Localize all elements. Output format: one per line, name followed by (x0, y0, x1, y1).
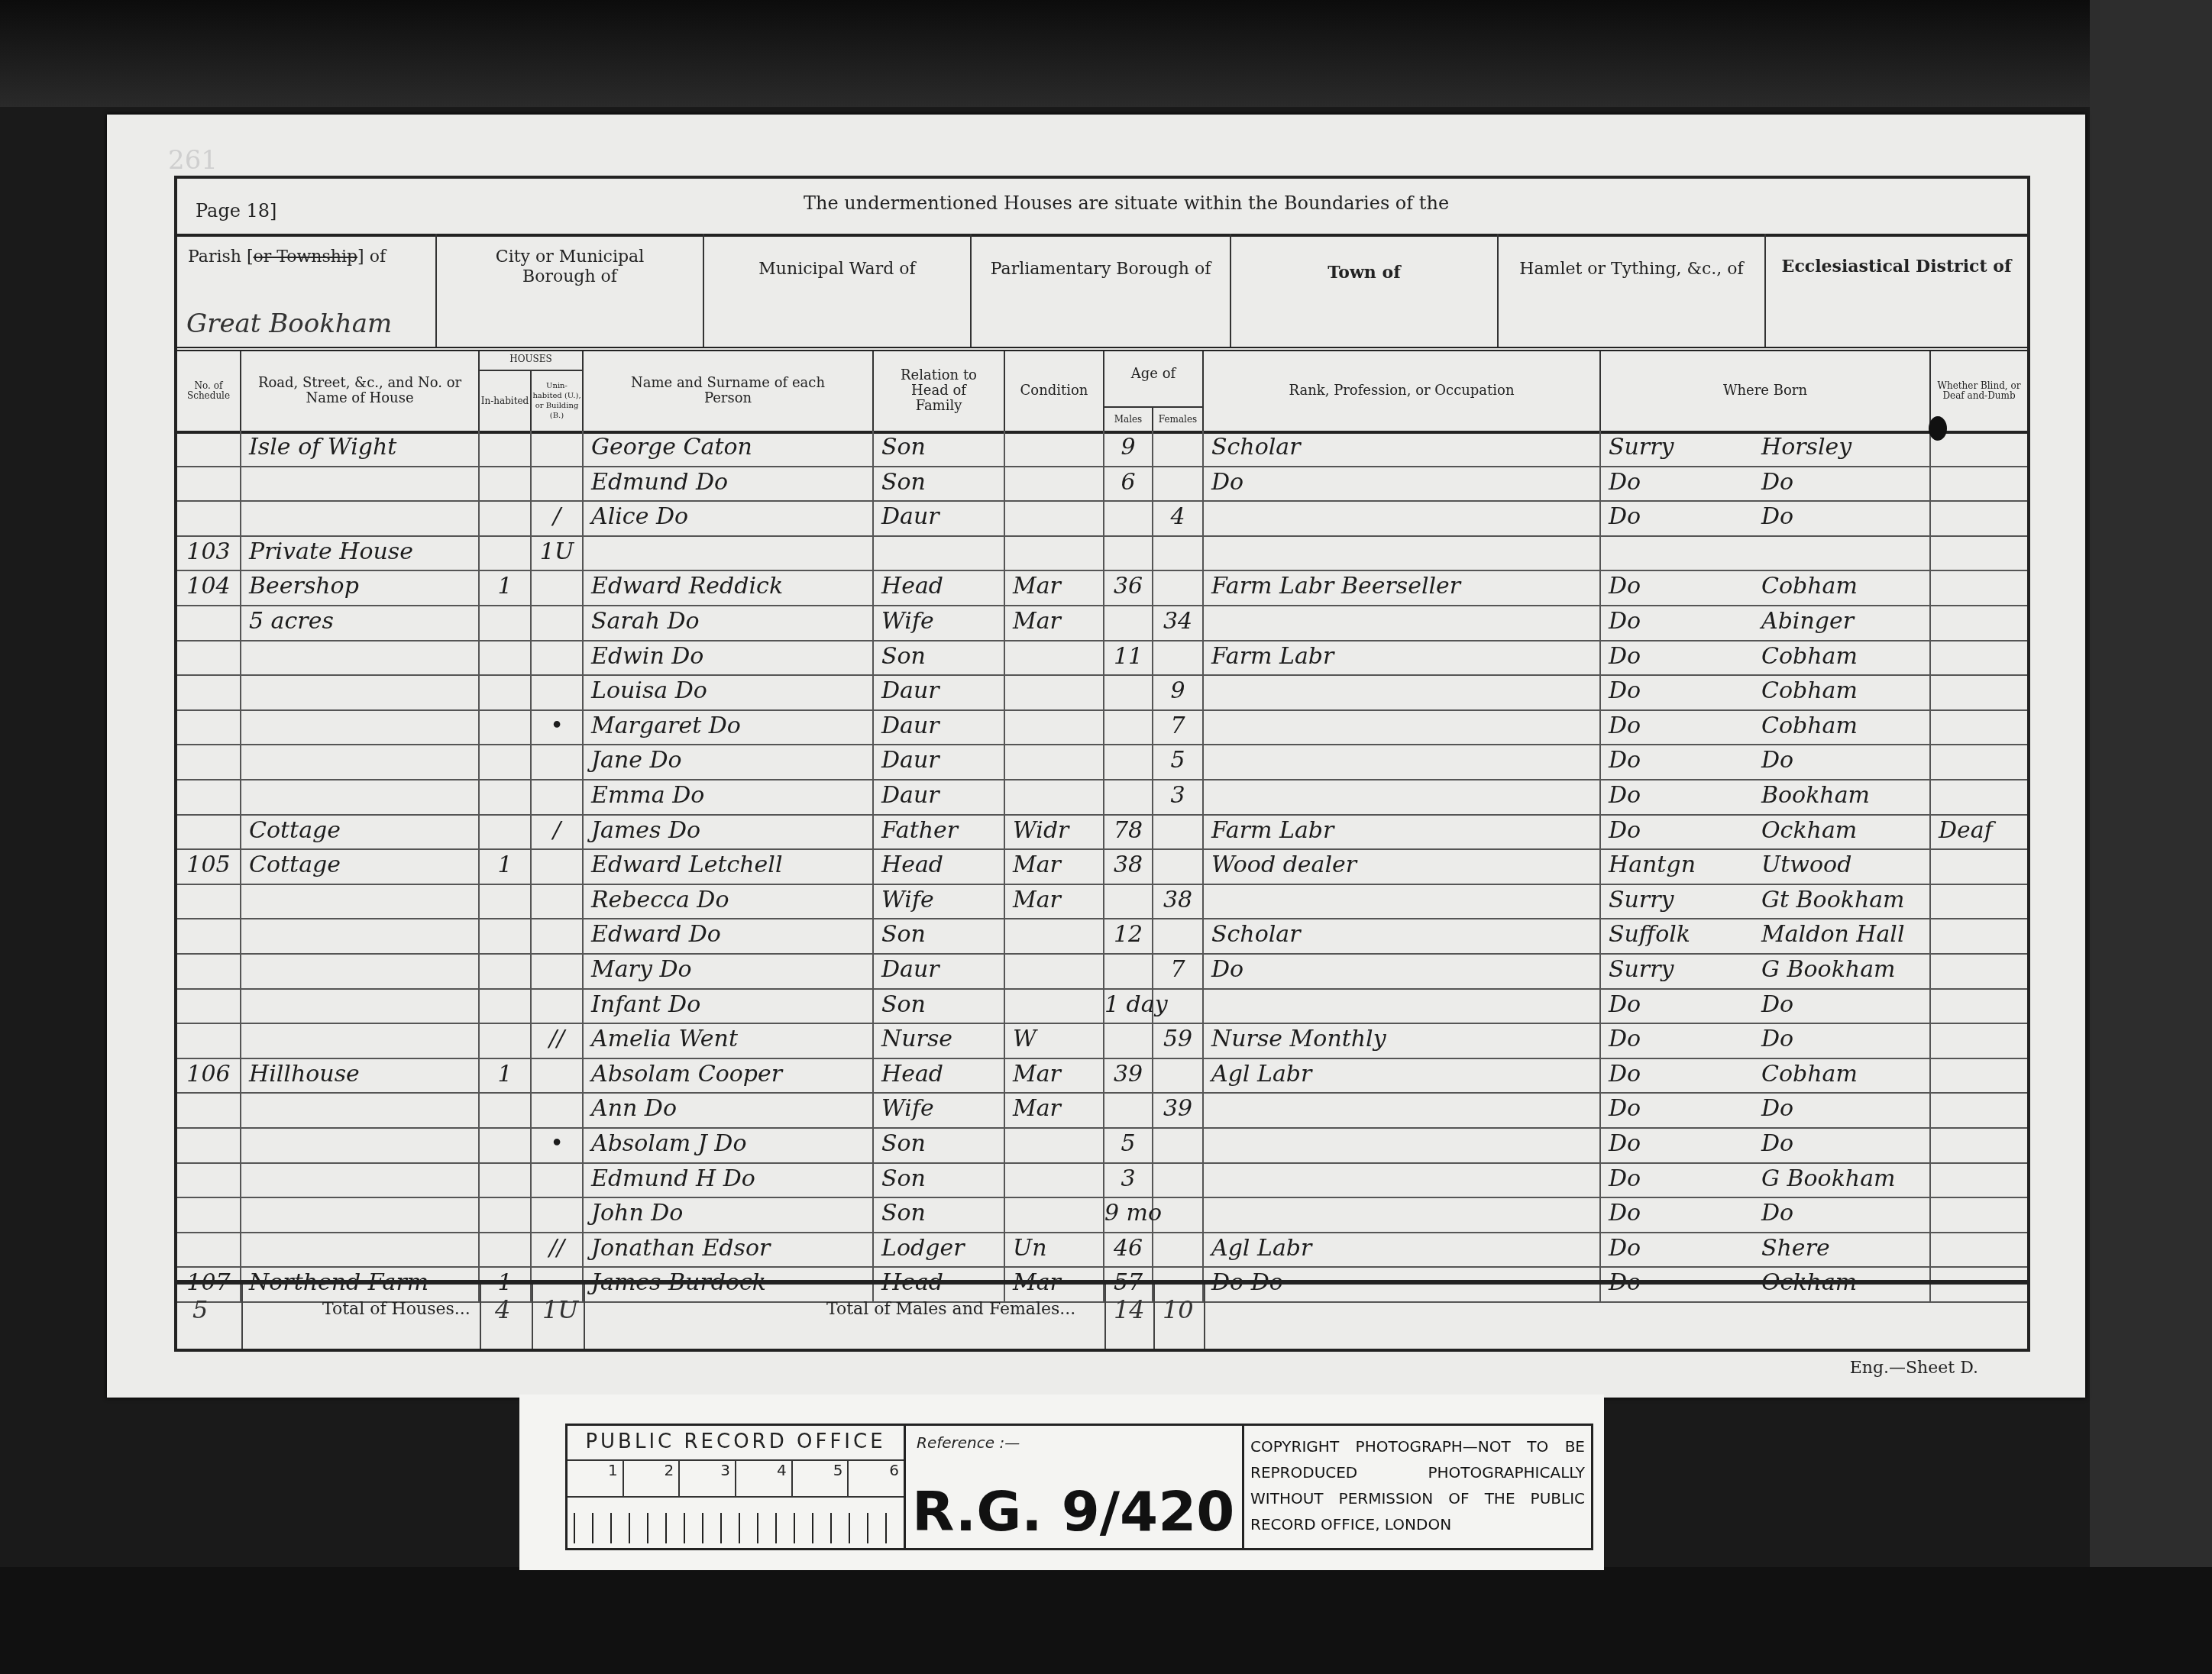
cell-inhabited (480, 918, 532, 953)
cell-road (241, 500, 480, 535)
cell-born-place: Bookham (1754, 779, 1931, 814)
table-row: Ann DoWifeMar39DoDo (177, 1092, 2027, 1129)
cell-condition (1005, 674, 1104, 709)
cell-uninhabited (532, 1092, 584, 1127)
cell-uninhabited (532, 953, 584, 988)
cell-inhabited: 1 (480, 848, 532, 884)
film-border-bottom (0, 1567, 2212, 1674)
cell-condition (1005, 535, 1104, 570)
area-municipal-ward: Municipal Ward of (704, 234, 972, 347)
cell-schedule (177, 1197, 241, 1232)
cell-uninhabited (532, 570, 584, 605)
cell-name: Jonathan Edsor (584, 1232, 874, 1267)
col-inhabited: In-habited (480, 370, 532, 431)
cell-male-age (1104, 1092, 1153, 1127)
table-row: Louisa DoDaur9DoCobham (177, 674, 2027, 711)
cell-born-county: Do (1601, 500, 1754, 535)
cell-male-age (1104, 1023, 1153, 1058)
area-parliamentary-borough: Parliamentary Borough of (972, 234, 1231, 347)
cell-male-age (1104, 605, 1153, 640)
cell-occupation: Nurse Monthly (1204, 1023, 1601, 1058)
schedules-tally: 5 (192, 1295, 208, 1324)
area-city: City or Municipal Borough of (437, 234, 704, 347)
cell-road (241, 884, 480, 919)
ruler-number: 6 (849, 1461, 904, 1496)
houses-total-label: Total of Houses... (322, 1300, 471, 1319)
cell-name (584, 535, 874, 570)
ruler-number: 1 (568, 1461, 624, 1496)
cell-occupation (1204, 1127, 1601, 1162)
cell-schedule (177, 1023, 241, 1058)
cell-road (241, 1092, 480, 1127)
ruler-number: 5 (793, 1461, 849, 1496)
table-row: 106Hillhouse1Absolam CooperHeadMar39Agl … (177, 1058, 2027, 1094)
cell-born-place: Maldon Hall (1754, 918, 1931, 953)
cell-relation: Son (874, 1197, 1005, 1232)
cell-road (241, 1197, 480, 1232)
table-row: Edmund H DoSon3DoG Bookham (177, 1162, 2027, 1199)
cell-schedule (177, 1092, 241, 1127)
cell-relation: Son (874, 918, 1005, 953)
cell-born-county: Surry (1601, 953, 1754, 988)
cell-road (241, 779, 480, 814)
cell-infirmity (1931, 779, 2027, 814)
cell-schedule (177, 1232, 241, 1267)
cell-male-age (1104, 500, 1153, 535)
cell-born-place: Utwood (1754, 848, 1931, 884)
table-row: 104Beershop1Edward ReddickHeadMar36Farm … (177, 570, 2027, 606)
cell-male-age (1104, 535, 1153, 570)
col-road: Road, Street, &c., and No. or Name of Ho… (241, 351, 480, 431)
cell-infirmity (1931, 918, 2027, 953)
cell-uninhabited (532, 1058, 584, 1093)
col-where-born: Where Born (1601, 351, 1931, 431)
houses-inhabited-total: 4 (495, 1295, 510, 1324)
cell-female-age: 7 (1153, 953, 1204, 988)
cell-condition (1005, 431, 1104, 466)
cell-infirmity (1931, 466, 2027, 501)
col-males: Males (1104, 406, 1153, 431)
cell-born-county: Hantgn (1601, 848, 1754, 884)
cell-born-place: Gt Bookham (1754, 884, 1931, 919)
cell-male-age (1104, 744, 1153, 779)
cell-occupation (1204, 1162, 1601, 1197)
copyright-notice: COPYRIGHT PHOTOGRAPH—NOT TO BE REPRODUCE… (1244, 1426, 1591, 1548)
cell-inhabited (480, 1092, 532, 1127)
cell-condition: W (1005, 1023, 1104, 1058)
cell-female-age (1153, 1127, 1204, 1162)
cell-condition (1005, 988, 1104, 1023)
females-total: 10 (1163, 1295, 1194, 1324)
cell-relation: Wife (874, 605, 1005, 640)
col-females: Females (1153, 406, 1204, 431)
cell-inhabited (480, 744, 532, 779)
ink-blot (1929, 416, 1947, 441)
table-row: /Alice DoDaur4DoDo (177, 500, 2027, 537)
cell-uninhabited (532, 744, 584, 779)
cell-uninhabited: / (532, 814, 584, 849)
cell-inhabited (480, 535, 532, 570)
cell-born-county: Do (1601, 640, 1754, 675)
table-row: 105Cottage1Edward LetchellHeadMar38Wood … (177, 848, 2027, 885)
cell-relation: Daur (874, 744, 1005, 779)
cell-occupation: Do (1204, 466, 1601, 501)
cell-name: Sarah Do (584, 605, 874, 640)
table-row: 5 acresSarah DoWifeMar34DoAbinger (177, 605, 2027, 641)
cell-female-age: 59 (1153, 1023, 1204, 1058)
cell-inhabited (480, 1232, 532, 1267)
cell-uninhabited (532, 1197, 584, 1232)
cell-born-place: Do (1754, 1023, 1931, 1058)
cell-schedule (177, 640, 241, 675)
table-row: Edward DoSon12ScholarSuffolkMaldon Hall (177, 918, 2027, 955)
cell-born-place: Do (1754, 988, 1931, 1023)
cell-inhabited (480, 605, 532, 640)
cell-infirmity (1931, 848, 2027, 884)
cell-uninhabited: // (532, 1023, 584, 1058)
cell-schedule: 106 (177, 1058, 241, 1093)
cell-born-place: Do (1754, 1092, 1931, 1127)
cell-schedule (177, 1162, 241, 1197)
cell-road (241, 640, 480, 675)
cell-infirmity (1931, 1162, 2027, 1197)
cell-male-age: 11 (1104, 640, 1153, 675)
office-name: PUBLIC RECORD OFFICE (568, 1430, 904, 1453)
cell-infirmity (1931, 953, 2027, 988)
page-number: Page 18] (196, 200, 276, 221)
cell-occupation: Do (1204, 953, 1601, 988)
cell-female-age (1153, 535, 1204, 570)
table-row: Mary DoDaur7DoSurryG Bookham (177, 953, 2027, 990)
table-row: Rebecca DoWifeMar38SurryGt Bookham (177, 884, 2027, 920)
cell-female-age: 5 (1153, 744, 1204, 779)
cell-inhabited (480, 1162, 532, 1197)
cell-relation (874, 535, 1005, 570)
cell-road: Isle of Wight (241, 431, 480, 466)
area-ecclesiastical-district: Ecclesiastical District of (1766, 234, 2027, 347)
cell-uninhabited: • (532, 1127, 584, 1162)
cell-name: Jane Do (584, 744, 874, 779)
cell-inhabited (480, 1127, 532, 1162)
cell-schedule (177, 431, 241, 466)
cell-infirmity (1931, 988, 2027, 1023)
cell-schedule: 103 (177, 535, 241, 570)
ruler-number: 3 (680, 1461, 736, 1496)
cell-born-place: Ockham (1754, 814, 1931, 849)
totals-row: 5 Total of Houses... 4 1U Total of Males… (177, 1280, 2027, 1349)
cell-uninhabited: 1U (532, 535, 584, 570)
cell-occupation (1204, 674, 1601, 709)
cell-uninhabited: • (532, 709, 584, 745)
cell-female-age: 9 (1153, 674, 1204, 709)
film-border-right (2090, 0, 2212, 1674)
cell-born-place: Cobham (1754, 674, 1931, 709)
cell-uninhabited (532, 640, 584, 675)
col-relation: Relation to Head of Family (874, 351, 1005, 431)
cell-inhabited: 1 (480, 570, 532, 605)
cell-female-age (1153, 1197, 1204, 1232)
cell-road (241, 1023, 480, 1058)
cell-name: Ann Do (584, 1092, 874, 1127)
sheet-code: Eng.—Sheet D. (1850, 1359, 1978, 1378)
cell-road: Cottage (241, 814, 480, 849)
form-header: Page 18] The undermentioned Houses are s… (177, 179, 2027, 237)
ruler-number: 4 (736, 1461, 793, 1496)
cell-born-place: G Bookham (1754, 1162, 1931, 1197)
cell-name: Absolam J Do (584, 1127, 874, 1162)
cell-relation: Nurse (874, 1023, 1005, 1058)
cell-condition (1005, 1197, 1104, 1232)
table-row: Cottage/James DoFatherWidr78Farm LabrDoO… (177, 814, 2027, 851)
cell-occupation: Farm Labr Beerseller (1204, 570, 1601, 605)
cell-infirmity (1931, 1127, 2027, 1162)
cell-name: Alice Do (584, 500, 874, 535)
cell-relation: Son (874, 1162, 1005, 1197)
cell-born-place: Cobham (1754, 709, 1931, 745)
cell-name: Infant Do (584, 988, 874, 1023)
cell-male-age (1104, 953, 1153, 988)
cell-condition (1005, 640, 1104, 675)
cell-schedule (177, 884, 241, 919)
table-row: Isle of WightGeorge CatonSon9ScholarSurr… (177, 431, 2027, 467)
reference-card: PUBLIC RECORD OFFICE 1 2 3 4 5 6 Referen… (519, 1394, 1604, 1570)
cell-born-county: Do (1601, 779, 1754, 814)
cell-uninhabited (532, 779, 584, 814)
cell-occupation (1204, 744, 1601, 779)
cell-condition (1005, 779, 1104, 814)
cell-name: Edward Letchell (584, 848, 874, 884)
cell-schedule (177, 744, 241, 779)
ghost-folio-number: 261 (168, 145, 218, 176)
cell-male-age: 39 (1104, 1058, 1153, 1093)
cell-schedule (177, 953, 241, 988)
cell-infirmity (1931, 535, 2027, 570)
cell-road (241, 1232, 480, 1267)
cell-occupation (1204, 779, 1601, 814)
cell-occupation: Agl Labr (1204, 1232, 1601, 1267)
cell-infirmity (1931, 709, 2027, 745)
cell-uninhabited (532, 884, 584, 919)
cell-born-county (1601, 535, 1754, 570)
cell-road: Private House (241, 535, 480, 570)
table-row: Infant DoSon1 dayDoDo (177, 988, 2027, 1025)
cell-road: 5 acres (241, 605, 480, 640)
cell-male-age: 5 (1104, 1127, 1153, 1162)
cell-condition (1005, 1127, 1104, 1162)
cell-occupation: Farm Labr (1204, 640, 1601, 675)
cell-name: Mary Do (584, 953, 874, 988)
cell-condition (1005, 953, 1104, 988)
reference-box: PUBLIC RECORD OFFICE 1 2 3 4 5 6 Referen… (565, 1424, 1593, 1550)
reference-code: R.G. 9/420 (912, 1479, 1234, 1543)
cell-road (241, 744, 480, 779)
cell-born-county: Do (1601, 744, 1754, 779)
cell-inhabited (480, 988, 532, 1023)
cell-condition: Mar (1005, 884, 1104, 919)
cell-male-age (1104, 884, 1153, 919)
cell-male-age: 46 (1104, 1232, 1153, 1267)
houses-uninhabited-total: 1U (542, 1295, 578, 1324)
cell-schedule: 105 (177, 848, 241, 884)
cell-relation: Daur (874, 674, 1005, 709)
cell-inhabited (480, 500, 532, 535)
cell-occupation (1204, 605, 1601, 640)
area-hamlet: Hamlet or Tything, &c., of (1499, 234, 1766, 347)
table-row: //Jonathan EdsorLodgerUn46Agl LabrDoSher… (177, 1232, 2027, 1268)
ruler-numbers: 1 2 3 4 5 6 (568, 1459, 904, 1498)
cell-name: Edwin Do (584, 640, 874, 675)
cell-born-county: Do (1601, 1197, 1754, 1232)
cell-born-place: Cobham (1754, 570, 1931, 605)
cell-infirmity (1931, 431, 2027, 466)
cell-occupation: Wood dealer (1204, 848, 1601, 884)
cell-female-age: 38 (1153, 884, 1204, 919)
cell-inhabited (480, 779, 532, 814)
cell-female-age (1153, 814, 1204, 849)
cell-inhabited (480, 709, 532, 745)
cell-born-county: Do (1601, 1232, 1754, 1267)
cell-male-age: 3 (1104, 1162, 1153, 1197)
cell-condition (1005, 466, 1104, 501)
cell-male-age: 36 (1104, 570, 1153, 605)
cell-uninhabited (532, 848, 584, 884)
cell-relation: Daur (874, 779, 1005, 814)
cell-born-county: Suffolk (1601, 918, 1754, 953)
cell-female-age: 3 (1153, 779, 1204, 814)
table-row: //Amelia WentNurseW59Nurse MonthlyDoDo (177, 1023, 2027, 1059)
cell-infirmity (1931, 1232, 2027, 1267)
cell-schedule (177, 500, 241, 535)
cell-relation: Lodger (874, 1232, 1005, 1267)
cell-relation: Wife (874, 1092, 1005, 1127)
cell-born-county: Do (1601, 1127, 1754, 1162)
cell-schedule (177, 709, 241, 745)
cell-name: Edward Reddick (584, 570, 874, 605)
cell-female-age (1153, 988, 1204, 1023)
cell-born-county: Do (1601, 709, 1754, 745)
cell-relation: Head (874, 848, 1005, 884)
cell-female-age: 4 (1153, 500, 1204, 535)
cell-uninhabited (532, 1162, 584, 1197)
cell-male-age: 78 (1104, 814, 1153, 849)
cell-female-age (1153, 431, 1204, 466)
table-row: John DoSon9 moDoDo (177, 1197, 2027, 1233)
cell-road: Hillhouse (241, 1058, 480, 1093)
cell-inhabited (480, 814, 532, 849)
reference-section: Reference :— R.G. 9/420 (906, 1426, 1244, 1548)
cell-female-age (1153, 466, 1204, 501)
cell-born-county: Surry (1601, 884, 1754, 919)
cell-male-age (1104, 674, 1153, 709)
cell-road (241, 1127, 480, 1162)
cell-condition: Mar (1005, 1092, 1104, 1127)
col-schedule: No. of Schedule (177, 351, 241, 431)
cell-uninhabited (532, 605, 584, 640)
cell-infirmity (1931, 1197, 2027, 1232)
cell-inhabited (480, 1197, 532, 1232)
cell-uninhabited: // (532, 1232, 584, 1267)
cell-inhabited: 1 (480, 1058, 532, 1093)
cell-inhabited (480, 674, 532, 709)
cell-occupation: Agl Labr (1204, 1058, 1601, 1093)
cell-condition: Mar (1005, 848, 1104, 884)
cell-uninhabited (532, 431, 584, 466)
cell-female-age (1153, 1058, 1204, 1093)
area-parish: Parish [or Township] of Great Bookham (177, 234, 437, 347)
cell-born-place: Shere (1754, 1232, 1931, 1267)
cell-road (241, 1162, 480, 1197)
cell-relation: Son (874, 466, 1005, 501)
cell-condition (1005, 744, 1104, 779)
cell-name: George Caton (584, 431, 874, 466)
cell-born-county: Do (1601, 1058, 1754, 1093)
persons-total-label: Total of Males and Females... (826, 1300, 1075, 1319)
cell-born-county: Do (1601, 1092, 1754, 1127)
cell-name: Emma Do (584, 779, 874, 814)
males-total: 14 (1114, 1295, 1145, 1324)
cell-female-age: 34 (1153, 605, 1204, 640)
cell-inhabited (480, 466, 532, 501)
cell-condition: Mar (1005, 570, 1104, 605)
census-form: Page 18] The undermentioned Houses are s… (174, 176, 2030, 1352)
col-uninhabited: Unin-habited (U.), or Building (B.) (532, 370, 584, 431)
cell-schedule (177, 988, 241, 1023)
cell-born-county: Do (1601, 466, 1754, 501)
table-row: •Margaret DoDaur7DoCobham (177, 709, 2027, 746)
table-row: Edmund DoSon6DoDoDo (177, 466, 2027, 503)
cell-relation: Father (874, 814, 1005, 849)
col-name: Name and Surname of each Person (584, 351, 874, 431)
cell-female-age: 39 (1153, 1092, 1204, 1127)
cell-infirmity (1931, 674, 2027, 709)
table-row: •Absolam J DoSon5DoDo (177, 1127, 2027, 1164)
cell-inhabited (480, 431, 532, 466)
cell-male-age: 38 (1104, 848, 1153, 884)
column-headers: No. of Schedule Road, Street, &c., and N… (177, 351, 2027, 434)
reference-label: Reference :— (917, 1433, 1020, 1452)
cell-condition (1005, 1162, 1104, 1197)
ruler-ticks (574, 1513, 897, 1543)
cell-born-place: Do (1754, 744, 1931, 779)
cell-female-age (1153, 1162, 1204, 1197)
cell-occupation (1204, 1092, 1601, 1127)
cell-born-place: Cobham (1754, 640, 1931, 675)
cell-male-age: 9 mo (1104, 1197, 1153, 1232)
cell-name: Edward Do (584, 918, 874, 953)
cell-condition (1005, 709, 1104, 745)
cell-name: Margaret Do (584, 709, 874, 745)
cell-name: Louisa Do (584, 674, 874, 709)
cell-infirmity (1931, 1058, 2027, 1093)
cell-condition: Widr (1005, 814, 1104, 849)
cell-name: Edmund Do (584, 466, 874, 501)
cell-road (241, 918, 480, 953)
cell-relation: Wife (874, 884, 1005, 919)
cell-condition: Un (1005, 1232, 1104, 1267)
cell-name: James Do (584, 814, 874, 849)
cell-road (241, 953, 480, 988)
cell-name: Rebecca Do (584, 884, 874, 919)
cell-occupation (1204, 500, 1601, 535)
cell-inhabited (480, 884, 532, 919)
cell-occupation (1204, 988, 1601, 1023)
cell-infirmity (1931, 570, 2027, 605)
cell-road (241, 466, 480, 501)
cell-occupation: Farm Labr (1204, 814, 1601, 849)
cell-relation: Head (874, 1058, 1005, 1093)
cell-born-place: Do (1754, 500, 1931, 535)
cell-name: John Do (584, 1197, 874, 1232)
